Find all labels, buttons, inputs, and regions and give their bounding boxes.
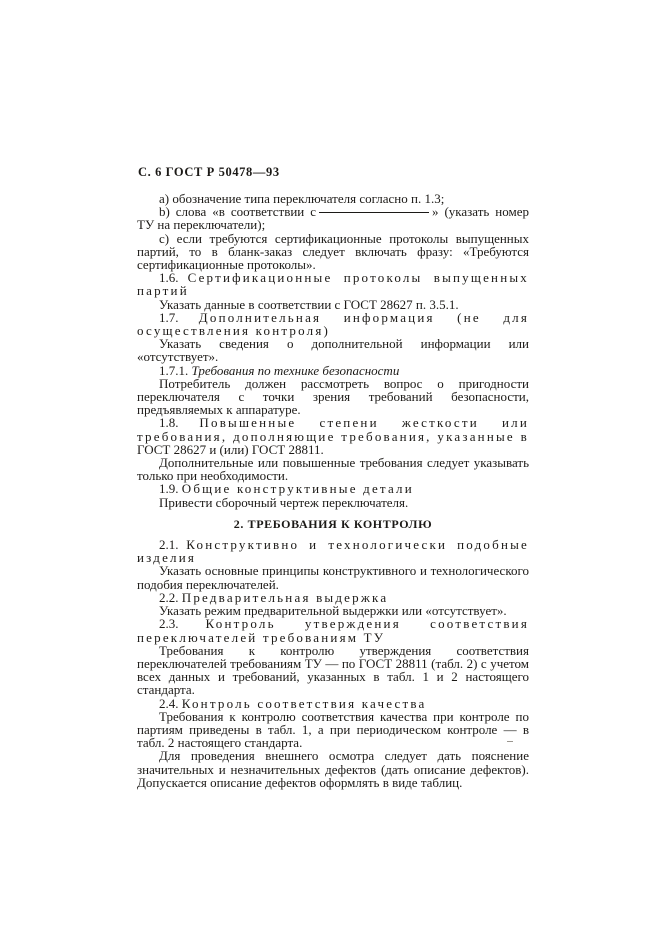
text-run: Сертификационные протоколы выпущенных па… <box>137 270 529 298</box>
paragraph: Требования к контролю утверждения соотве… <box>137 644 529 697</box>
paragraph: Требования к контролю соответствия качес… <box>137 710 529 750</box>
text-run: с) если требуются сертификационные прото… <box>137 231 529 272</box>
paragraph: 1.6. Сертификационные протоколы выпущенн… <box>137 271 529 297</box>
paragraph: Потребитель должен рассмотреть вопрос о … <box>137 377 529 417</box>
text-run: Конструктивно и технологически подобные … <box>137 537 529 565</box>
document-text-block: а) обозначение типа переключателя соглас… <box>137 192 529 789</box>
paragraph: b) слова «в соответствии с» (указать ном… <box>137 205 529 231</box>
paragraph: Дополнительные или повышенные требования… <box>137 456 529 482</box>
text-run: Указать сведения о дополнительной информ… <box>137 336 529 364</box>
section-heading: 2. ТРЕБОВАНИЯ К КОНТРОЛЮ <box>137 518 529 531</box>
paragraph: 1.7. Дополнительная информация (не для о… <box>137 311 529 337</box>
page-running-header: С. 6 ГОСТ Р 50478—93 <box>138 165 280 180</box>
text-run: Потребитель должен рассмотреть вопрос о … <box>137 376 529 417</box>
paragraph: с) если требуются сертификационные прото… <box>137 232 529 272</box>
paragraph: Привести сборочный чертеж переключателя. <box>137 496 529 509</box>
scan-artifact-mark <box>507 741 513 742</box>
scanned-document-page: С. 6 ГОСТ Р 50478—93 а) обозначение типа… <box>0 0 661 935</box>
text-run: Привести сборочный чертеж переключателя. <box>159 495 408 510</box>
text-run: 2. ТРЕБОВАНИЯ К КОНТРОЛЮ <box>234 517 432 531</box>
paragraph: 1.8. Повышенные степени жесткости или тр… <box>137 416 529 456</box>
text-run: Требования к контролю утверждения соотве… <box>137 643 529 698</box>
text-run: Для проведения внешнего осмотра следует … <box>137 748 529 789</box>
fill-in-blank-rule <box>319 212 429 213</box>
text-run: Требования к контролю соответствия качес… <box>137 709 529 750</box>
paragraph: Указать сведения о дополнительной информ… <box>137 337 529 363</box>
text-run: Дополнительные или повышенные требования… <box>137 455 529 483</box>
paragraph: 2.1. Конструктивно и технологически подо… <box>137 538 529 564</box>
paragraph: Для проведения внешнего осмотра следует … <box>137 749 529 789</box>
text-run: Указать основные принципы конструктивног… <box>137 563 529 591</box>
paragraph: Указать основные принципы конструктивног… <box>137 564 529 590</box>
paragraph: 2.3. Контроль утверждения соответствия п… <box>137 617 529 643</box>
